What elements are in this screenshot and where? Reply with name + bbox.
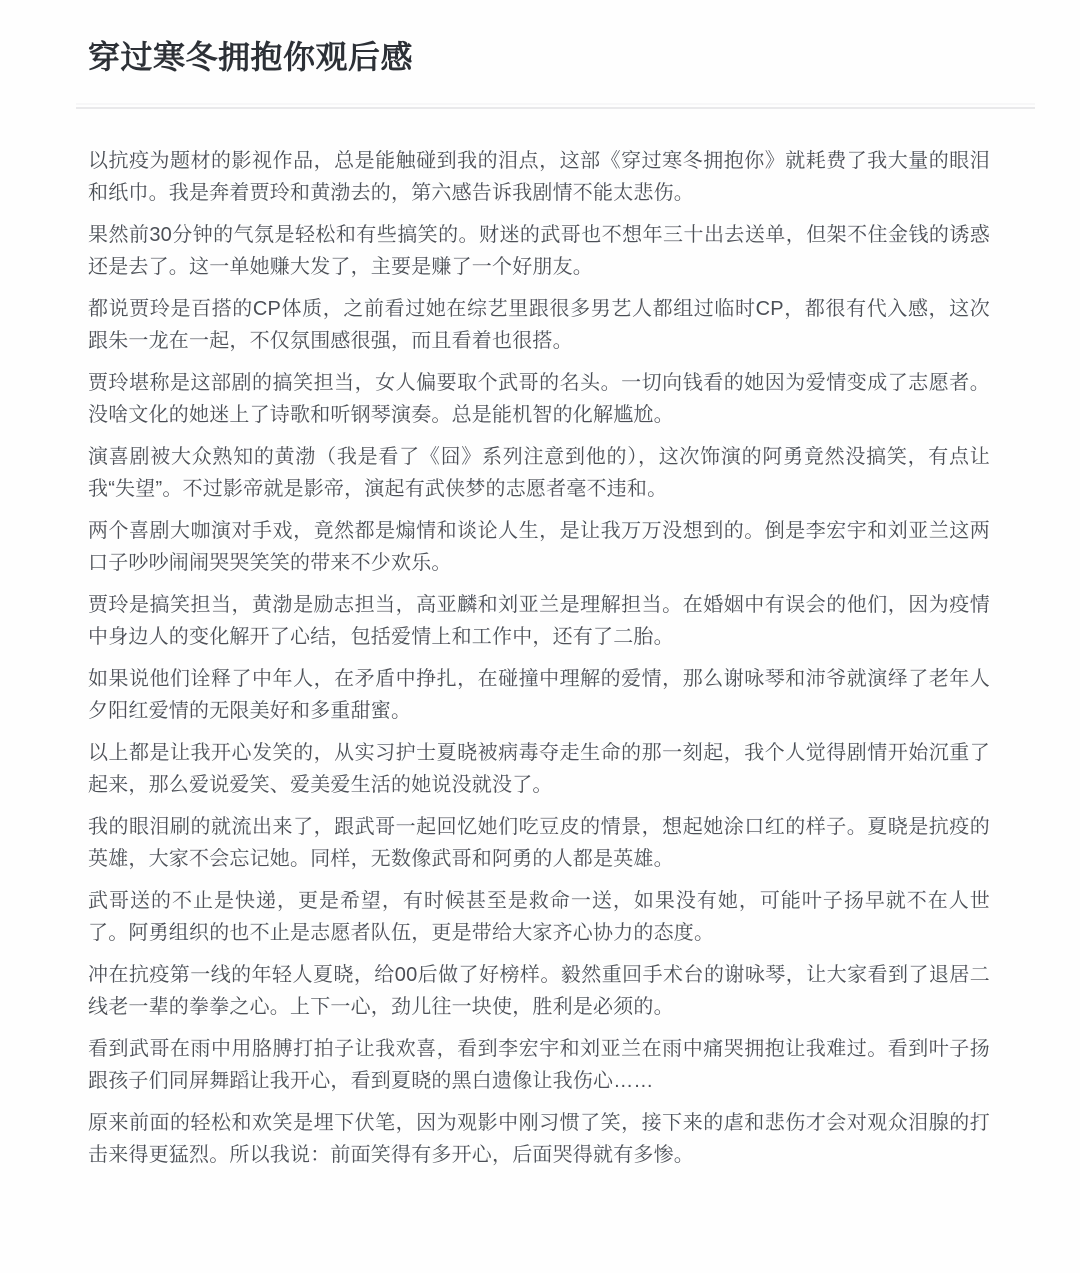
article-paragraph: 演喜剧被大众熟知的黄渤（我是看了《囧》系列注意到他的），这次饰演的阿勇竟然没搞笑… <box>88 441 990 505</box>
article-paragraph: 冲在抗疫第一线的年轻人夏晓，给00后做了好榜样。毅然重回手术台的谢咏琴，让大家看… <box>88 959 990 1023</box>
article-paragraph: 我的眼泪刷的就流出来了，跟武哥一起回忆她们吃豆皮的情景，想起她涂口红的样子。夏晓… <box>88 811 990 875</box>
article-paragraph: 都说贾玲是百搭的CP体质，之前看过她在综艺里跟很多男艺人都组过临时CP，都很有代… <box>88 293 990 357</box>
article-body: 以抗疫为题材的影视作品，总是能触碰到我的泪点，这部《穿过寒冬拥抱你》就耗费了我大… <box>88 145 990 1171</box>
article-paragraph: 以抗疫为题材的影视作品，总是能触碰到我的泪点，这部《穿过寒冬拥抱你》就耗费了我大… <box>88 145 990 209</box>
article-paragraph: 果然前30分钟的气氛是轻松和有些搞笑的。财迷的武哥也不想年三十出去送单，但架不住… <box>88 219 990 283</box>
article-paragraph: 原来前面的轻松和欢笑是埋下伏笔，因为观影中刚习惯了笑，接下来的虐和悲伤才会对观众… <box>88 1107 990 1171</box>
article-paragraph: 贾玲是搞笑担当，黄渤是励志担当，高亚麟和刘亚兰是理解担当。在婚姻中有误会的他们，… <box>88 589 990 653</box>
title-divider <box>76 107 1035 109</box>
article-paragraph: 以上都是让我开心发笑的，从实习护士夏晓被病毒夺走生命的那一刻起，我个人觉得剧情开… <box>88 737 990 801</box>
article-paragraph: 如果说他们诠释了中年人，在矛盾中挣扎，在碰撞中理解的爱情，那么谢咏琴和沛爷就演绎… <box>88 663 990 727</box>
article-paragraph: 武哥送的不止是快递，更是希望，有时候甚至是救命一送，如果没有她，可能叶子扬早就不… <box>88 885 990 949</box>
article-page: 穿过寒冬拥抱你观后感 以抗疫为题材的影视作品，总是能触碰到我的泪点，这部《穿过寒… <box>0 0 1080 1273</box>
article-paragraph: 贾玲堪称是这部剧的搞笑担当，女人偏要取个武哥的名头。一切向钱看的她因为爱情变成了… <box>88 367 990 431</box>
article-paragraph: 看到武哥在雨中用胳膊打拍子让我欢喜，看到李宏宇和刘亚兰在雨中痛哭拥抱让我难过。看… <box>88 1033 990 1097</box>
article-title: 穿过寒冬拥抱你观后感 <box>88 36 990 78</box>
article-paragraph: 两个喜剧大咖演对手戏，竟然都是煽情和谈论人生，是让我万万没想到的。倒是李宏宇和刘… <box>88 515 990 579</box>
